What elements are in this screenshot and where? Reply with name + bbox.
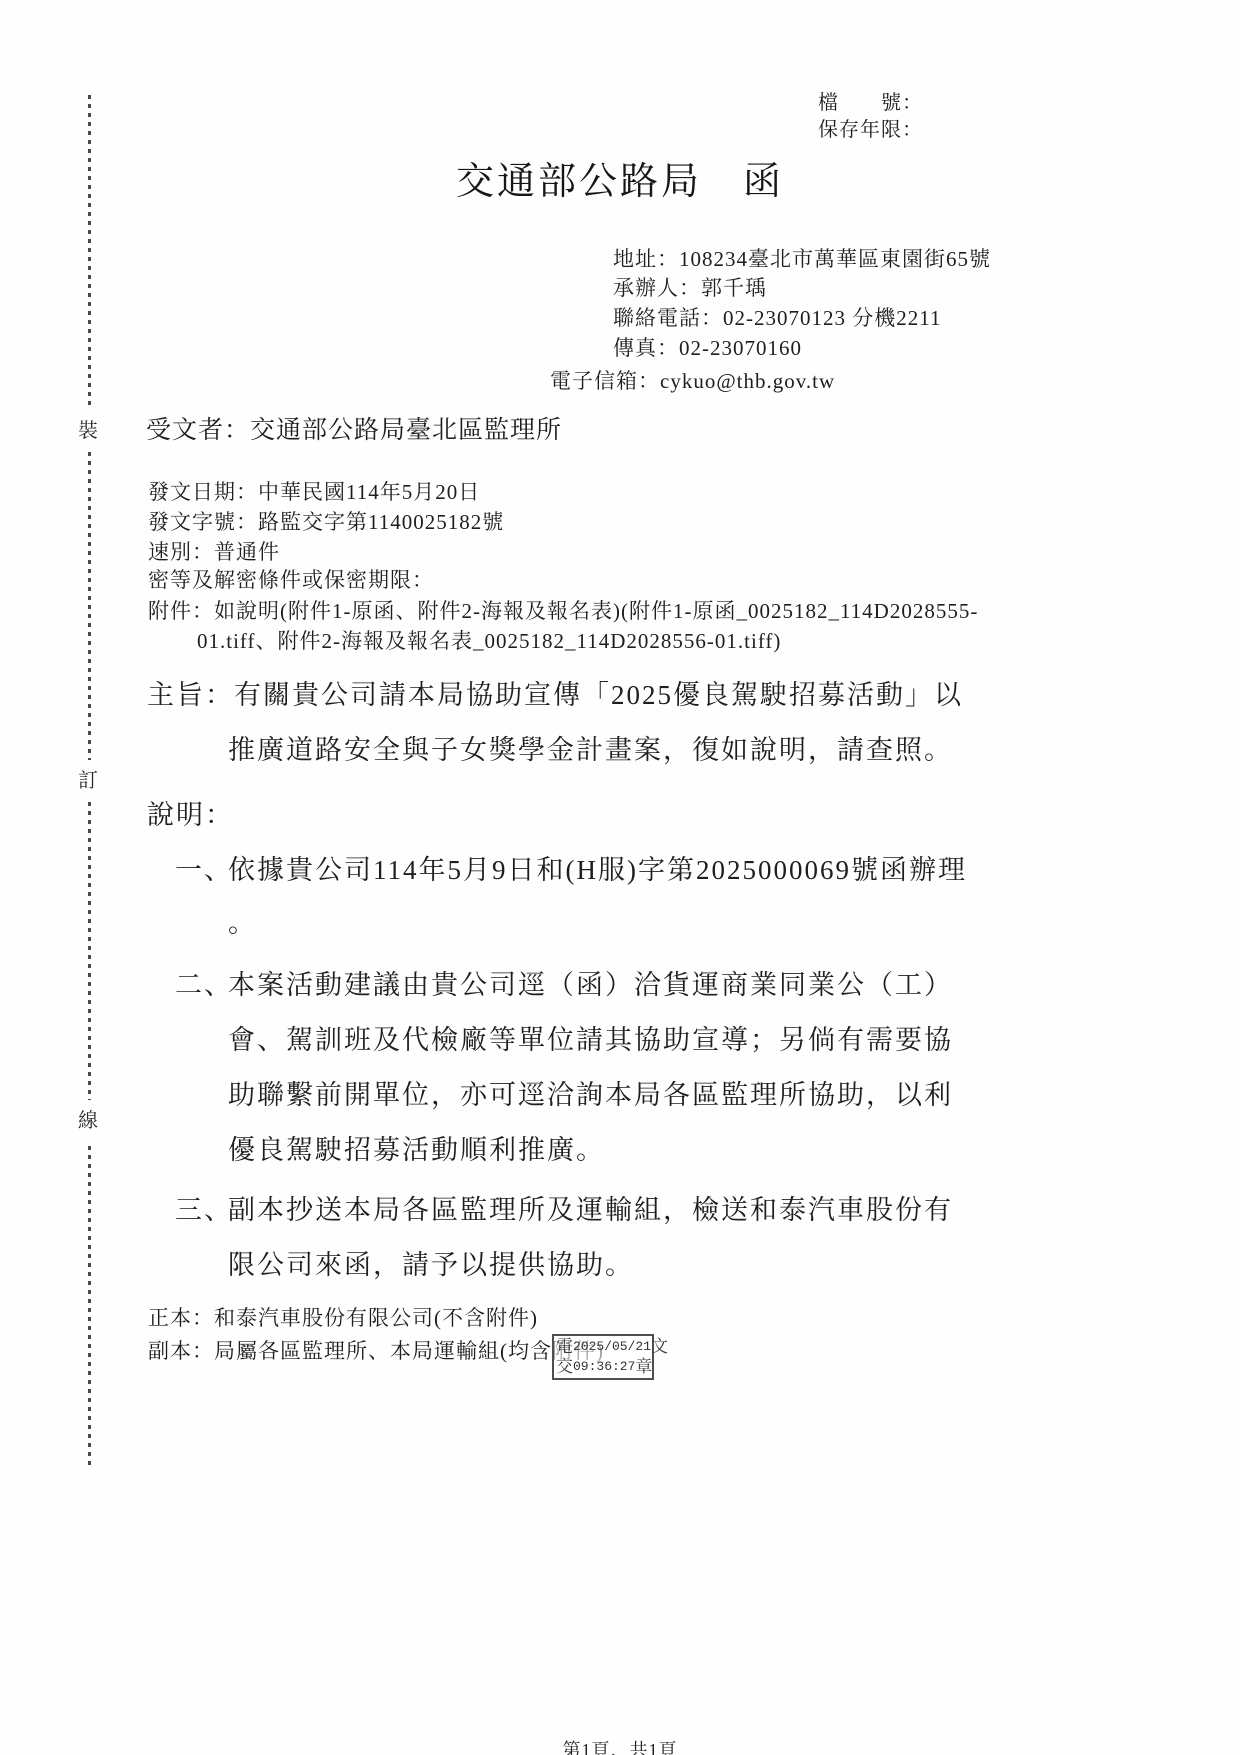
original-copy-line: 正本：和泰汽車股份有限公司(不含附件) bbox=[148, 1302, 538, 1332]
binding-dotted-line bbox=[88, 802, 91, 1100]
item-3-line: 限公司來函，請予以提供協助。 bbox=[228, 1243, 634, 1282]
item-1-line: 。 bbox=[228, 901, 257, 940]
sender-contact: 承辦人：郭千瑀 bbox=[613, 272, 767, 302]
file-number-label: 檔 號： bbox=[818, 86, 923, 115]
page-footer: 第1頁，共1頁 bbox=[0, 1736, 1240, 1755]
binding-dotted-line bbox=[88, 452, 91, 760]
margin-mark-ding: 訂 bbox=[78, 764, 98, 793]
stamp-row: 電 2025/05/21 文 bbox=[556, 1337, 650, 1357]
recipient-line: 受文者：交通部公路局臺北區監理所 bbox=[146, 410, 562, 446]
item-1-number: 一、 bbox=[175, 848, 233, 887]
attachment-line-2: 01.tiff、附件2-海報及報名表_0025182_114D2028556-0… bbox=[197, 625, 781, 655]
binding-dotted-line bbox=[88, 95, 91, 410]
attachment-line-1: 附件：如說明(附件1-原函、附件2-海報及報名表)(附件1-原函_0025182… bbox=[148, 595, 978, 625]
electronic-exchange-stamp: 電 2025/05/21 文 交 09:36:27 章 bbox=[552, 1334, 654, 1380]
item-2-line: 本案活動建議由貴公司逕（函）洽貨運商業同業公（工） bbox=[228, 963, 953, 1002]
issue-date-line: 發文日期：中華民國114年5月20日 bbox=[148, 476, 480, 506]
stamp-char-wen: 文 bbox=[651, 1337, 668, 1357]
stamp-char-dian: 電 bbox=[556, 1337, 573, 1357]
stamp-char-jiao: 交 bbox=[556, 1357, 573, 1377]
official-letter-page: 裝 訂 線 檔 號： 保存年限： 交通部公路局 函 地址：108234臺北市萬華… bbox=[0, 0, 1240, 1755]
sender-fax: 傳真：02-23070160 bbox=[613, 332, 802, 362]
item-3-number: 三、 bbox=[175, 1188, 233, 1227]
item-2-line: 會、駕訓班及代檢廠等單位請其協助宣導；另倘有需要協 bbox=[228, 1018, 953, 1057]
item-2-line: 助聯繫前開單位，亦可逕洽詢本局各區監理所協助，以利 bbox=[228, 1073, 953, 1112]
stamp-row: 交 09:36:27 章 bbox=[556, 1357, 650, 1377]
cc-copy-line: 副本：局屬各區監理所、本局運輸組(均含附件) bbox=[148, 1335, 604, 1365]
subject-line-2: 推廣道路安全與子女獎學金計畫案，復如說明，請查照。 bbox=[228, 728, 953, 767]
subject-line-1: 主旨：有關貴公司請本局協助宣傳「2025優良駕駛招募活動」以 bbox=[147, 673, 963, 712]
letter-title: 交通部公路局 函 bbox=[0, 150, 1240, 205]
security-line: 密等及解密條件或保密期限： bbox=[148, 564, 434, 594]
binding-dotted-line bbox=[88, 1146, 91, 1470]
stamp-time: 09:36:27 bbox=[573, 1357, 635, 1377]
sender-address: 地址：108234臺北市萬華區東園街65號 bbox=[613, 243, 991, 273]
sender-phone: 聯絡電話：02-23070123 分機2211 bbox=[613, 302, 941, 332]
explanation-heading: 說明： bbox=[147, 793, 234, 832]
stamp-char-zhang: 章 bbox=[635, 1357, 652, 1377]
margin-mark-zhuang: 裝 bbox=[78, 414, 98, 443]
item-1-line: 依據貴公司114年5月9日和(H服)字第2025000069號函辦理 bbox=[228, 848, 967, 887]
item-2-line: 優良駕駛招募活動順利推廣。 bbox=[228, 1128, 605, 1167]
margin-mark-xian: 線 bbox=[78, 1104, 98, 1133]
doc-number-line: 發文字號：路監交字第1140025182號 bbox=[148, 506, 504, 536]
stamp-date: 2025/05/21 bbox=[573, 1337, 651, 1357]
retention-years-label: 保存年限： bbox=[818, 113, 923, 142]
item-3-line: 副本抄送本局各區監理所及運輸組，檢送和泰汽車股份有 bbox=[228, 1188, 953, 1227]
speed-line: 速別：普通件 bbox=[148, 536, 280, 566]
sender-email: 電子信箱：cykuo@thb.gov.tw bbox=[550, 365, 835, 395]
item-2-number: 二、 bbox=[175, 963, 233, 1002]
